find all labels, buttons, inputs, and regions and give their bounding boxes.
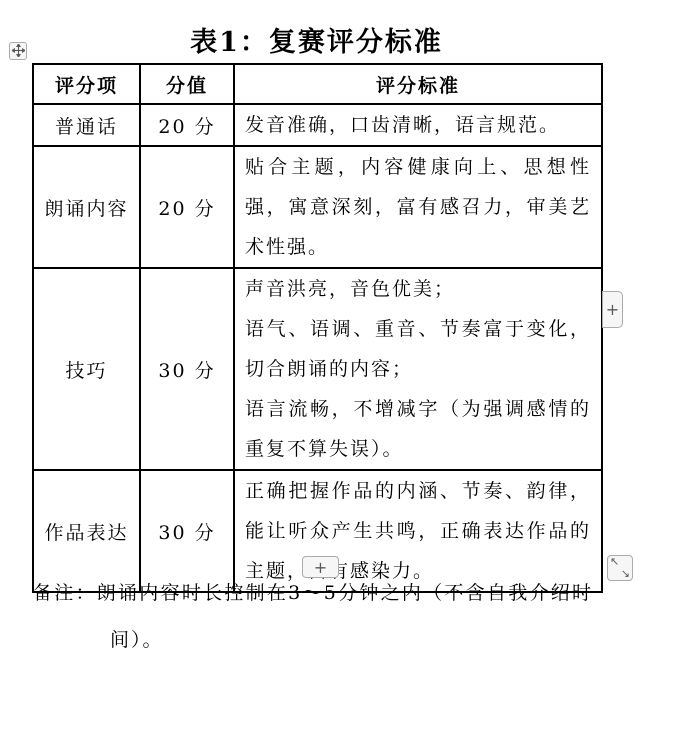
- document-page: 表1：复赛评分标准 评分项 分值 评分标准 普通话 20 分 发音准确，口齿清晰…: [0, 0, 683, 744]
- header-standard[interactable]: 评分标准: [234, 64, 602, 104]
- resize-nw-arrow-icon: ↖: [610, 556, 619, 568]
- standard-cell[interactable]: 贴合主题，内容健康向上、思想性强，寓意深刻，富有感召力，审美艺术性强。: [234, 146, 602, 268]
- note-text[interactable]: 备注：朗诵内容时长控制在3～5分钟之内（不含自我介绍时间）。: [33, 570, 593, 664]
- standard-cell[interactable]: 声音洪亮，音色优美； 语气、语调、重音、节奏富于变化，切合朗诵的内容； 语言流畅…: [234, 268, 602, 470]
- table-move-handle[interactable]: [9, 42, 27, 60]
- scoring-table: 评分项 分值 评分标准 普通话 20 分 发音准确，口齿清晰，语言规范。 朗诵内…: [32, 63, 603, 593]
- table-row: 普通话 20 分 发音准确，口齿清晰，语言规范。: [33, 104, 602, 146]
- table-header-row: 评分项 分值 评分标准: [33, 64, 602, 104]
- score-cell[interactable]: 30 分: [140, 268, 234, 470]
- table-row: 技巧 30 分 声音洪亮，音色优美； 语气、语调、重音、节奏富于变化，切合朗诵的…: [33, 268, 602, 470]
- standard-paragraph: 贴合主题，内容健康向上、思想性强，寓意深刻，富有感召力，审美艺术性强。: [245, 147, 591, 267]
- item-cell[interactable]: 技巧: [33, 268, 140, 470]
- plus-icon: +: [606, 300, 619, 319]
- score-cell[interactable]: 20 分: [140, 104, 234, 146]
- table-row: 朗诵内容 20 分 贴合主题，内容健康向上、思想性强，寓意深刻，富有感召力，审美…: [33, 146, 602, 268]
- table-resize-handle[interactable]: ↖ ↘: [607, 555, 633, 581]
- standard-paragraph: 声音洪亮，音色优美；: [245, 269, 591, 309]
- standard-paragraph: 语气、语调、重音、节奏富于变化，切合朗诵的内容；: [245, 309, 591, 389]
- score-cell[interactable]: 20 分: [140, 146, 234, 268]
- move-cross-icon: [12, 42, 25, 61]
- resize-se-arrow-icon: ↘: [621, 568, 630, 580]
- item-cell[interactable]: 朗诵内容: [33, 146, 140, 268]
- header-item[interactable]: 评分项: [33, 64, 140, 104]
- header-score[interactable]: 分值: [140, 64, 234, 104]
- add-column-button[interactable]: +: [602, 291, 623, 328]
- standard-cell[interactable]: 发音准确，口齿清晰，语言规范。: [234, 104, 602, 146]
- page-title[interactable]: 表1：复赛评分标准: [32, 20, 601, 59]
- standard-paragraph: 语言流畅，不增减字（为强调感情的重复不算失误）。: [245, 389, 591, 469]
- standard-paragraph: 发音准确，口齿清晰，语言规范。: [245, 105, 591, 145]
- item-cell[interactable]: 普通话: [33, 104, 140, 146]
